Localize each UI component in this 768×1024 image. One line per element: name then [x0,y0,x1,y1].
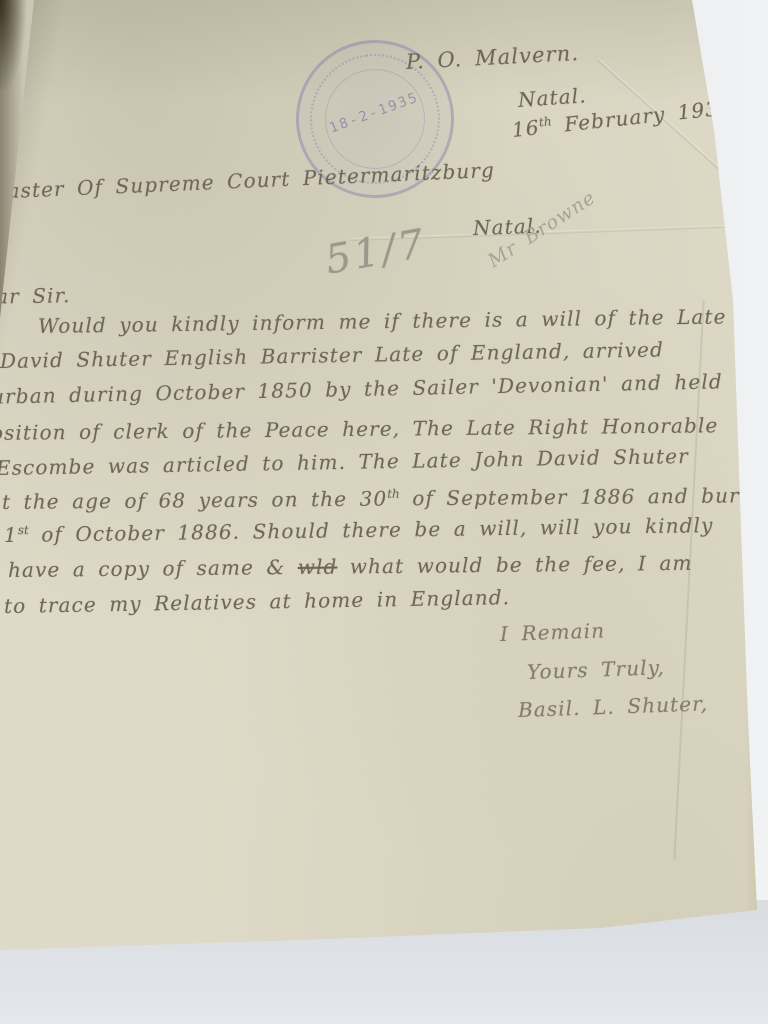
body-line-6-pre: at the age of 68 years on the 30 [0,487,387,514]
body-line-6-post: of September 1886 and buried [400,483,768,510]
salutation: Dear Sir. [0,283,71,309]
closing-yours: Yours Truly, [527,655,666,684]
body-line-1: Would you kindly inform me if there is a… [38,304,727,338]
body-line-8-pre: have a copy of same & [8,555,298,582]
reference-number: 51/7 [322,221,430,284]
body-line-2: David Shuter English Barrister Late of E… [0,337,664,373]
file-dark-corner [0,0,26,90]
body-line-6: at the age of 68 years on the 30th of Se… [0,483,768,514]
body-line-9: to trace my Relatives at home in England… [4,585,510,618]
body-line-7: 1st of October 1886. Should there be a w… [4,513,714,547]
body-line-8-post: what would be the fee, I am [337,551,692,579]
recipient-line: Master Of Supreme Court Pietermaritzburg [0,158,495,204]
body-line-3: Durban during October 1850 by the Sailer… [0,369,723,409]
body-line-7-post: of October 1886. Should there be a will,… [29,513,714,547]
header-region: Natal. [517,83,587,112]
body-line-5: Escombe was articled to him. The Late Jo… [0,444,689,480]
crease-line [597,58,768,217]
body-line-7-pre: 1 [4,523,18,547]
struck-word: wld [298,555,338,579]
closing-remain: I Remain [500,618,606,646]
date-superscript: st [18,523,29,537]
body-line-8: have a copy of same & wld what would be … [8,551,693,582]
header-date-day: 16 [511,115,541,142]
date-superscript: th [387,487,400,501]
body-line-4: position of clerk of the Peace here, The… [0,413,718,445]
letter-photo: 18-2-1935 P. O. Malvern. Natal. 16th Feb… [0,0,768,1024]
letter-paper: 18-2-1935 P. O. Malvern. Natal. 16th Feb… [0,0,768,1024]
header-place: P. O. Malvern. [405,41,579,74]
